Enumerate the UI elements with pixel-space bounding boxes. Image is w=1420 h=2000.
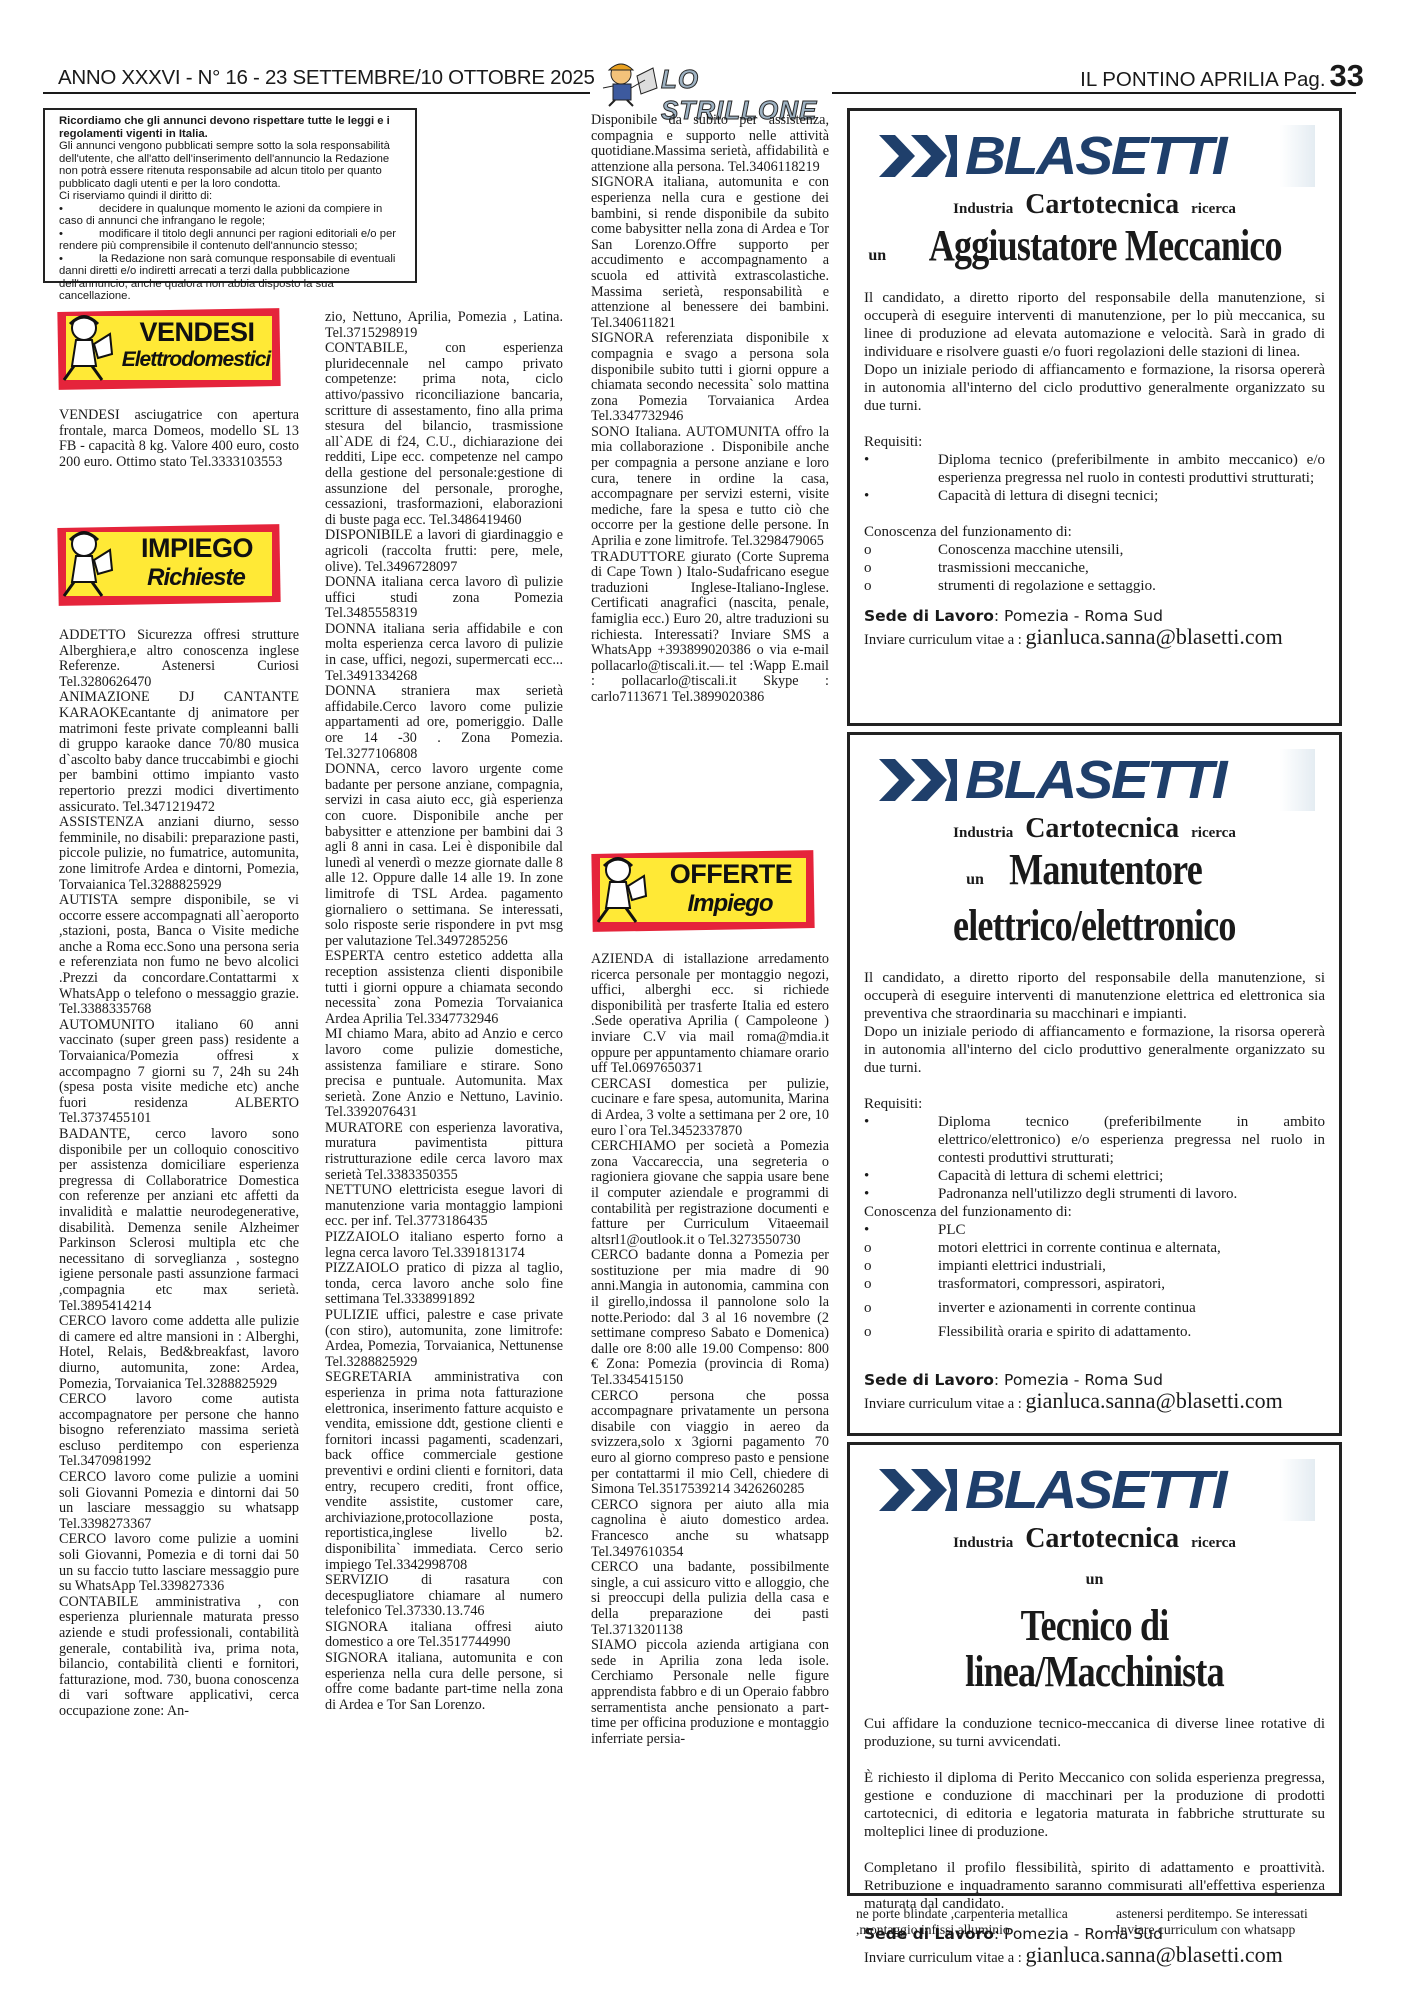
publication-name: IL PONTINO APRILIA Pag.	[1080, 68, 1325, 91]
continued-ad-col5: astenersi perditempo. Se interessati Inv…	[1116, 1906, 1342, 1937]
classified-ad: PIZZAIOLO pratico di pizza al taglio, to…	[325, 1261, 563, 1308]
classified-ad: Disponibile da subito per assistenza, co…	[591, 113, 829, 175]
classified-ad: TRADUTTORE giurato (Corte Suprema di Cap…	[591, 550, 829, 706]
ad-subheading: IndustriaCartotecnicaricerca	[850, 813, 1339, 845]
classified-ad: SIGNORA italiana, automunita e con esper…	[591, 175, 829, 331]
lo-strillone-logo: LO STRILLONE	[593, 58, 829, 106]
disclaimer-title: Ricordiamo che gli annunci devono rispet…	[59, 115, 401, 140]
newsboy-mascot-icon	[54, 308, 114, 386]
brand-name: BLASETTI	[965, 125, 1225, 187]
requirement-item: •Padronanza nell'utilizzo degli strument…	[864, 1185, 1325, 1203]
classified-ad: SIAMO piccola azienda artigiana con sede…	[591, 1638, 829, 1747]
banner-subtitle: Impiego	[650, 890, 810, 918]
classified-ad: BADANTE, cerco lavoro sono disponibile p…	[59, 1127, 299, 1314]
banner-title: IMPIEGO	[122, 533, 272, 564]
contact-email-line: Inviare curriculum vitae a : gianluca.sa…	[864, 1946, 1325, 1967]
offerte-column: AZIENDA di istallazione arredamento rice…	[591, 952, 829, 1747]
publication-title: IL PONTINO APRILIA Pag.33	[1080, 58, 1364, 94]
classified-ad: PIZZAIOLO italiano esperto forno a legna…	[325, 1230, 563, 1261]
work-location: Sede di Lavoro: Pomezia - Roma Sud	[864, 1371, 1325, 1389]
brand-name: BLASETTI	[965, 1459, 1225, 1521]
newsboy-mascot-icon	[54, 524, 114, 602]
blasetti-ad-manutentore: BLASETTI IndustriaCartotecnicaricerca un…	[847, 732, 1342, 1436]
disclaimer-bullet: •modificare il titolo degli annunci per …	[59, 228, 401, 253]
knowledge-item: otrasmissioni meccaniche,	[864, 559, 1325, 577]
classified-ad: CERCO signora per aiuto alla mia cagnoli…	[591, 1498, 829, 1560]
blasetti-ad-tecnico-linea: BLASETTI IndustriaCartotecnicaricerca un…	[847, 1442, 1342, 1896]
job-description: Il candidato, a diretto riporto del resp…	[850, 289, 1339, 649]
ad-subheading: IndustriaCartotecnicaricerca	[850, 1523, 1339, 1555]
contact-email-line: Inviare curriculum vitae a : gianluca.sa…	[864, 628, 1325, 649]
knowledge-item: oimpianti elettrici industriali,	[864, 1257, 1325, 1275]
classified-ad: SIGNORA italiana offresi aiuto domestico…	[325, 1620, 563, 1651]
job-title: un Manutentore elettrico/elettronico	[850, 847, 1339, 959]
classified-ad: DONNA, cerco lavoro urgente come badante…	[325, 762, 563, 949]
classified-ad: SERVIZIO di rasatura con decespugliatore…	[325, 1573, 563, 1620]
blasetti-chevrons-icon	[875, 757, 965, 803]
classified-ad: AUTISTA sempre disponibile, se vi occorr…	[59, 893, 299, 1018]
classified-ad: PULIZIE uffici, palestre e case private …	[325, 1308, 563, 1370]
email-link[interactable]: gianluca.sanna@blasetti.com	[1025, 1942, 1282, 1967]
classified-ad: CONTABILE amministrativa , con esperienz…	[59, 1595, 299, 1720]
blasetti-logo: BLASETTI	[875, 125, 1315, 187]
blasetti-chevrons-icon	[875, 133, 965, 179]
classified-ad: NETTUNO elettricista esegue lavori di ma…	[325, 1183, 563, 1230]
blasetti-logo: BLASETTI	[875, 1459, 1315, 1521]
knowledge-item: omotori elettrici in corrente continua e…	[864, 1239, 1325, 1257]
classified-ad: CERCO lavoro come addetta alle pulizie d…	[59, 1314, 299, 1392]
classified-ad: SIGNORA italiana, automunita e con esper…	[325, 1651, 563, 1713]
continued-ad-col4: ne porte blindate ,carpenteria metallica…	[856, 1906, 1078, 1937]
classified-ad: CERCO lavoro come pulizie a uomini soli …	[59, 1532, 299, 1594]
newsboy-mascot-icon	[593, 58, 663, 108]
classified-ad: DONNA italiana cerca lavoro dì pulizie u…	[325, 575, 563, 622]
classified-ad: CERCHIAMO per società a Pomezia zona Vac…	[591, 1139, 829, 1248]
knowledge-item: ostrumenti di regolazione e settaggio.	[864, 577, 1325, 595]
classified-ad: VENDESI asciugatrice con apertura fronta…	[59, 408, 299, 470]
classified-ad: MI chiamo Mara, abito ad Anzio e cerco l…	[325, 1027, 563, 1121]
knowledge-item: otrasformatori, compressori, aspiratori,	[864, 1275, 1325, 1293]
classified-ad: ANIMAZIONE DJ CANTANTE KARAOKEcantante d…	[59, 690, 299, 815]
knowledge-item: oConoscenza macchine utensili,	[864, 541, 1325, 559]
contact-email-line: Inviare curriculum vitae a : gianluca.sa…	[864, 1392, 1325, 1413]
classified-ad: CONTABILE, con esperienza pluridecennale…	[325, 341, 563, 528]
richieste-column-3: Disponibile da subito per assistenza, co…	[591, 113, 829, 706]
requirement-item: •Capacità di lettura di disegni tecnici;	[864, 487, 1325, 505]
job-description: Il candidato, a diretto riporto del resp…	[850, 969, 1339, 1413]
blasetti-chevrons-icon	[875, 1467, 965, 1513]
classified-ad: CERCO badante donna a Pomezia per sostit…	[591, 1248, 829, 1388]
banner-offerte-impiego: OFFERTE Impiego	[586, 846, 816, 932]
banner-vendesi-elettrodomestici: VENDESI Elettrodomestici	[52, 304, 282, 390]
email-link[interactable]: gianluca.sanna@blasetti.com	[1025, 624, 1282, 649]
ad-subheading: IndustriaCartotecnicaricerca	[850, 189, 1339, 221]
newsboy-mascot-icon	[588, 850, 648, 928]
blasetti-ad-aggiustatore: BLASETTI IndustriaCartotecnicaricerca un…	[847, 108, 1342, 726]
page-number: 33	[1330, 58, 1364, 93]
disclaimer-rights-intro: Ci riserviamo quindi il diritto di:	[59, 190, 401, 203]
vendesi-ads-list: VENDESI asciugatrice con apertura fronta…	[59, 408, 299, 470]
classified-ad: CERCO una badante, possibilmente single,…	[591, 1560, 829, 1638]
classified-ad: SONO Italiana. AUTOMUNITA offro la mia c…	[591, 425, 829, 550]
classified-ad: zio, Nettuno, Aprilia, Pomezia , Latina.…	[325, 310, 563, 341]
banner-subtitle: Richieste	[116, 564, 276, 592]
disclaimer-box: Ricordiamo che gli annunci devono rispet…	[43, 108, 417, 283]
work-location: Sede di Lavoro: Pomezia - Roma Sud	[864, 607, 1325, 625]
classified-ad: DISPONIBILE a lavori di giardinaggio e a…	[325, 528, 563, 575]
knowledge-item: oinverter e azionamenti in corrente cont…	[864, 1299, 1325, 1317]
disclaimer-bullet: •decidere in qualunque momento le azioni…	[59, 203, 401, 228]
richieste-column-1: ADDETTO Sicurezza offresi strutture Albe…	[59, 628, 299, 1720]
brand-name: BLASETTI	[965, 749, 1225, 811]
classified-ad: ESPERTA centro estetico addetta alla rec…	[325, 949, 563, 1027]
classified-ad: CERCO persona che possa accompagnare pri…	[591, 1389, 829, 1498]
banner-title: VENDESI	[122, 317, 272, 348]
classified-ad: DONNA italiana seria affidabile e con mo…	[325, 622, 563, 684]
job-title: un Aggiustatore Meccanico	[850, 223, 1339, 279]
knowledge-item: •PLC	[864, 1221, 1325, 1239]
job-title: un Tecnico di linea/Macchinista	[850, 1557, 1339, 1705]
requirement-item: •Diploma tecnico (preferibilmente in amb…	[864, 451, 1325, 487]
requirement-item: •Diploma tecnico (preferibilmente in amb…	[864, 1113, 1325, 1167]
email-link[interactable]: gianluca.sanna@blasetti.com	[1025, 1388, 1282, 1413]
classified-ad: AUTOMUNITO italiano 60 anni vaccinato (s…	[59, 1018, 299, 1127]
classified-ad: CERCO lavoro come autista accompagnatore…	[59, 1392, 299, 1470]
blasetti-logo: BLASETTI	[875, 749, 1315, 811]
classified-ad: ASSISTENZA anziani diurno, sesso femmini…	[59, 815, 299, 893]
classified-ad: SEGRETARIA amministrativa con esperienza…	[325, 1370, 563, 1573]
classified-ad: CERCASI domestica per pulizie, cucinare …	[591, 1077, 829, 1139]
richieste-column-2: zio, Nettuno, Aprilia, Pomezia , Latina.…	[325, 310, 563, 1713]
disclaimer-paragraph: Gli annunci vengono pubblicati sempre so…	[59, 140, 401, 190]
classified-ad: ADDETTO Sicurezza offresi strutture Albe…	[59, 628, 299, 690]
header-rule-left	[43, 92, 590, 94]
classified-ad: AZIENDA di istallazione arredamento rice…	[591, 952, 829, 1077]
classified-ad: MURATORE con esperienza lavorativa, mura…	[325, 1121, 563, 1183]
classified-ad: SIGNORA referenziata disponibile x compa…	[591, 331, 829, 425]
disclaimer-bullet: •la Redazione non sarà comunque responsa…	[59, 253, 401, 303]
issue-info: ANNO XXXVI - N° 16 - 23 SETTEMBRE/10 OTT…	[58, 66, 595, 90]
requirement-item: •Capacità di lettura di schemi elettrici…	[864, 1167, 1325, 1185]
classified-ad: DONNA straniera max serietà affidabile.C…	[325, 684, 563, 762]
knowledge-item: oFlessibilità oraria e spirito di adatta…	[864, 1323, 1325, 1341]
classified-ad: CERCO lavoro come pulizie a uomini soli …	[59, 1470, 299, 1532]
banner-title: OFFERTE	[656, 859, 806, 890]
banner-subtitle: Elettrodomestici	[116, 348, 276, 372]
banner-impiego-richieste: IMPIEGO Richieste	[52, 520, 282, 606]
